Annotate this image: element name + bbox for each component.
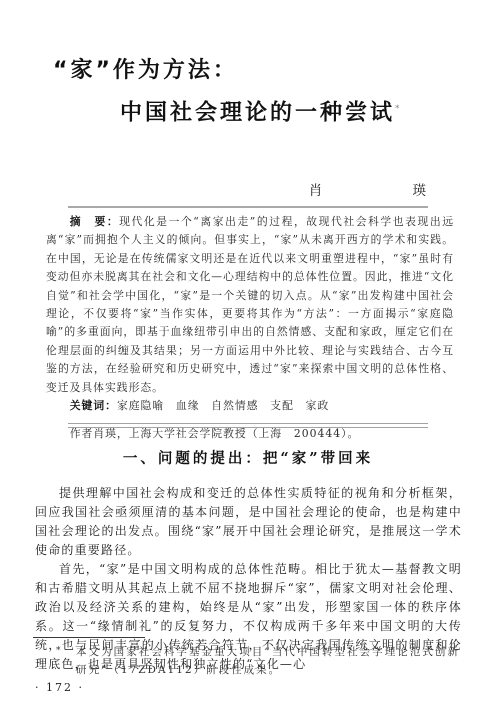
keywords-text: 家庭隐喻 血缘 自然情感 支配 家政 bbox=[117, 399, 329, 412]
journal-page: “家”作为方法： 中国社会理论的一种尝试* 肖 瑛 摘 要：现代化是一个“离家出… bbox=[0, 0, 496, 709]
footnote-rule bbox=[33, 637, 145, 638]
abstract-paragraph: 摘 要：现代化是一个“离家出走”的过程，故现代社会科学也表现出远离“家”而拥抱个… bbox=[46, 213, 454, 397]
title-line-1-text: “家”作为方法： bbox=[53, 58, 238, 83]
abstract-divider-rule bbox=[68, 423, 428, 428]
keywords-label: 关键词： bbox=[70, 399, 117, 412]
page-number: · 172 · bbox=[35, 681, 84, 694]
footnote: * 本文为国家社会科学基金重大项目“当代中国转型社会学理论范式创新研究”（17Z… bbox=[56, 643, 460, 679]
title-footnote-marker: * bbox=[395, 104, 400, 114]
title-line-1: “家”作为方法： bbox=[53, 52, 400, 90]
title-line-2: 中国社会理论的一种尝试* bbox=[53, 90, 400, 132]
header-rule bbox=[68, 206, 428, 208]
author-note: 作者肖瑛，上海大学社会学院教授（上海 200444）。 bbox=[46, 425, 454, 443]
footnote-text: 本文为国家社会科学基金重大项目“当代中国转型社会学理论范式创新研究”（17ZDA… bbox=[76, 643, 460, 679]
keywords-line: 关键词：家庭隐喻 血缘 自然情感 支配 家政 bbox=[46, 397, 454, 415]
article-title: “家”作为方法： 中国社会理论的一种尝试* bbox=[53, 52, 400, 132]
title-line-2-text: 中国社会理论的一种尝试 bbox=[120, 100, 395, 125]
abstract-text: 现代化是一个“离家出走”的过程，故现代社会科学也表现出远离“家”而拥抱个人主义的… bbox=[46, 215, 454, 394]
footnote-marker: * bbox=[56, 643, 76, 656]
abstract-label: 摘 要： bbox=[70, 215, 119, 228]
section-heading: 一、问题的提出：把“家”带回来 bbox=[0, 447, 496, 468]
body-paragraph-1: 提供理解中国社会构成和变迁的总体性实质特征的视角和分析框架，回应我国社会亟须厘清… bbox=[35, 484, 462, 560]
author-name: 肖 瑛 bbox=[309, 179, 428, 199]
abstract-block: 摘 要：现代化是一个“离家出走”的过程，故现代社会科学也表现出远离“家”而拥抱个… bbox=[46, 213, 454, 444]
